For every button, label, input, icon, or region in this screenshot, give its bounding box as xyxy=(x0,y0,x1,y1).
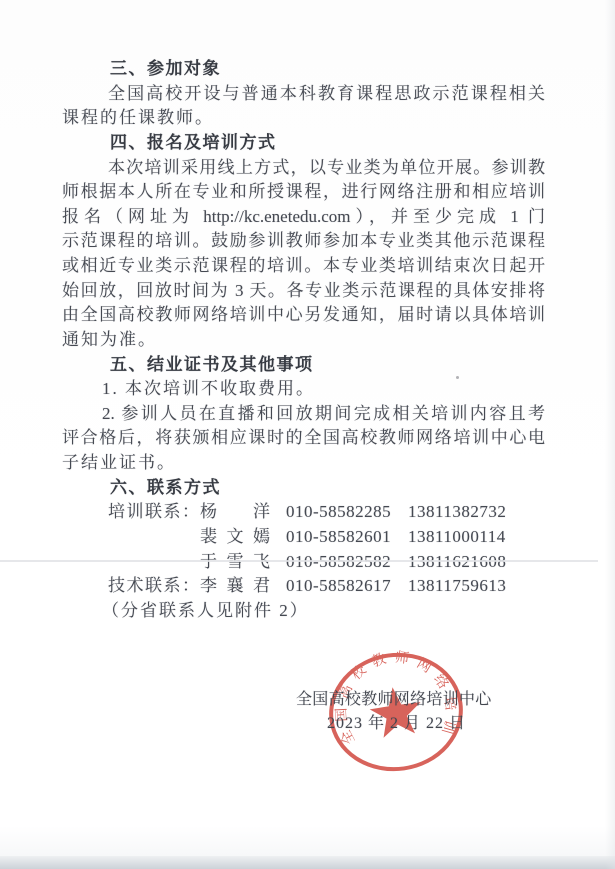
section-4-heading: 四、报名及培训方式 xyxy=(62,131,545,156)
contact-mobile: 13811000114 xyxy=(408,525,506,550)
contact-row: 裴文嫣010-5858260113811000114 xyxy=(62,525,545,550)
section-4-line: 报名（网址为 http://kc.enetedu.com），并至少完成 1 门 xyxy=(62,205,545,230)
contact-name: 李襄君 xyxy=(200,574,270,599)
contact-label: 技术联系： xyxy=(108,574,200,599)
page-bottom-shadow xyxy=(0,826,615,856)
section-4-line: 本次培训采用线上方式，以专业类为单位开展。参训教 xyxy=(62,156,545,181)
contact-name: 杨 洋 xyxy=(200,500,270,525)
section-4-line: 通知为准。 xyxy=(62,328,545,353)
section-4-line: 或相近专业类示范课程的培训。本专业类培训结束次日起开 xyxy=(62,254,545,279)
scanned-document-page: 三、参加对象 全国高校开设与普通本科教育课程思政示范课程相关 课程的任课教师。 … xyxy=(0,0,615,869)
section-3-line: 全国高校开设与普通本科教育课程思政示范课程相关 xyxy=(62,82,545,107)
scan-speck xyxy=(456,376,459,379)
contact-phone: 010-58582617 xyxy=(286,574,398,599)
scan-bottom-edge xyxy=(0,856,615,869)
section-5-line: 子结业证书。 xyxy=(62,451,545,476)
contact-mobile: 13811759613 xyxy=(408,574,506,599)
section-3-line: 课程的任课教师。 xyxy=(62,106,545,131)
document-body: 三、参加对象 全国高校开设与普通本科教育课程思政示范课程相关 课程的任课教师。 … xyxy=(62,57,545,623)
section-5-line: 2. 参训人员在直播和回放期间完成相关培训内容且考 xyxy=(62,402,545,427)
section-3-heading: 三、参加对象 xyxy=(62,57,545,82)
section-4-line: 示范课程的培训。鼓励参训教师参加本专业类其他示范课程 xyxy=(62,229,545,254)
section-4-line: 师根据本人所在专业和所授课程，进行网络注册和相应培训 xyxy=(62,180,545,205)
contact-phone: 010-58582601 xyxy=(286,525,398,550)
section-4-line: 由全国高校教师网络培训中心另发通知，届时请以具体培训 xyxy=(62,303,545,328)
contact-label: 培训联系： xyxy=(108,500,200,525)
section-6-heading: 六、联系方式 xyxy=(62,476,545,501)
contact-note: （分省联系人见附件 2） xyxy=(62,599,545,624)
signature-date: 2023 年 2 月 22 日 xyxy=(327,710,466,733)
contact-name: 裴文嫣 xyxy=(200,525,270,550)
section-5-heading: 五、结业证书及其他事项 xyxy=(62,353,545,378)
contact-label xyxy=(108,525,200,550)
contact-row: 培训联系：杨 洋010-5858228513811382732 xyxy=(62,500,545,525)
contact-mobile: 13811382732 xyxy=(408,500,506,525)
section-5-line: 1. 本次培训不收取费用。 xyxy=(62,377,545,402)
signature-organization: 全国高校教师网络培训中心 xyxy=(296,686,492,709)
scan-artifact-line xyxy=(0,560,598,562)
section-4-line: 始回放，回放时间为 3 天。各专业类示范课程的具体安排将 xyxy=(62,279,545,304)
section-5-line: 评合格后，将获颁相应课时的全国高校教师网络培训中心电 xyxy=(62,426,545,451)
contact-row: 技术联系：李襄君010-5858261713811759613 xyxy=(62,574,545,599)
contact-phone: 010-58582285 xyxy=(286,500,398,525)
scan-right-shade xyxy=(605,0,615,869)
